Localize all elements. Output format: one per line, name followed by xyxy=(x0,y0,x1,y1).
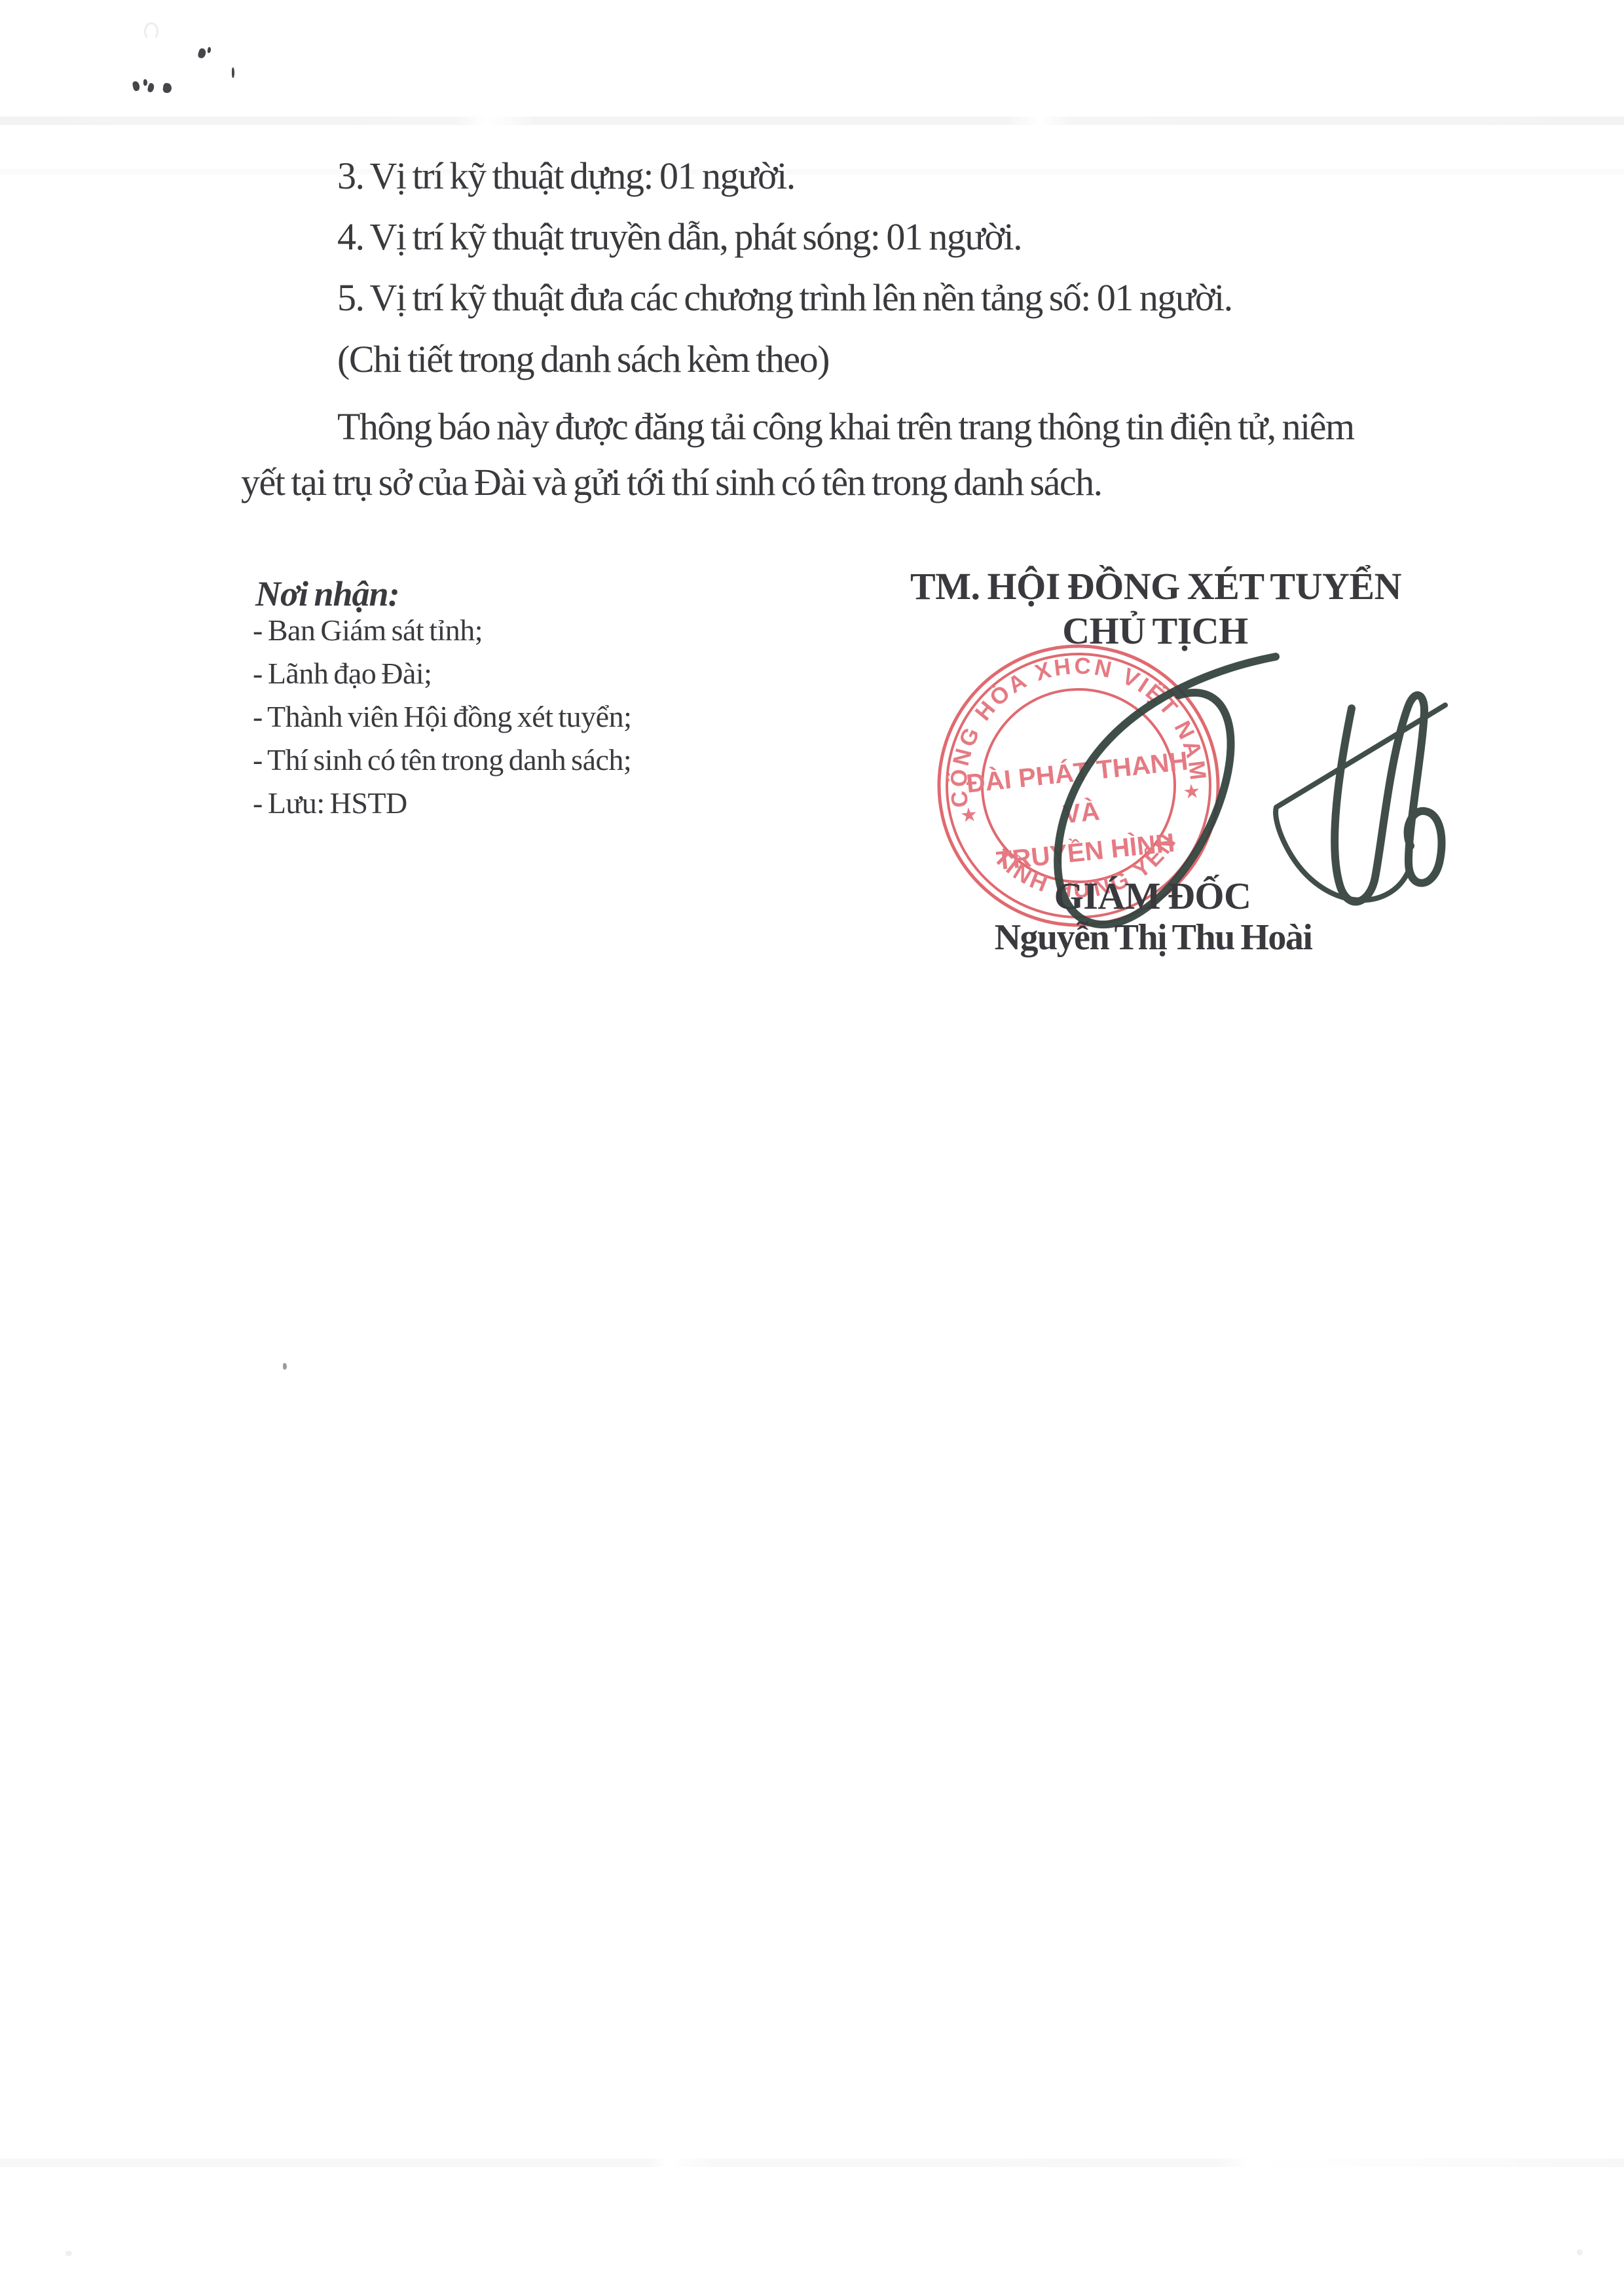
announcement-paragraph-line2: yết tại trụ sở của Đài và gửi tới thí si… xyxy=(241,462,1102,503)
recipients-label: Nơi nhận: xyxy=(255,575,399,613)
scan-speck xyxy=(143,79,147,86)
recipient-item: - Thí sinh có tên trong danh sách; xyxy=(253,744,631,777)
recipient-item: - Lưu: HSTD xyxy=(253,787,407,820)
recipient-item: - Lãnh đạo Đài; xyxy=(253,657,432,691)
list-item-3: 3. Vị trí kỹ thuật dựng: 01 người. xyxy=(337,155,795,197)
scan-smudge-artifact xyxy=(144,22,158,41)
detail-note: (Chi tiết trong danh sách kèm theo) xyxy=(337,338,829,380)
scan-speck xyxy=(162,82,172,94)
recipient-item: - Thành viên Hội đồng xét tuyển; xyxy=(253,701,631,734)
scan-speck xyxy=(1577,2250,1583,2255)
scan-speck xyxy=(147,82,155,93)
signer-title: GIÁM ĐỐC xyxy=(1054,875,1251,917)
scan-speck xyxy=(283,1363,287,1370)
scan-speck xyxy=(207,47,211,54)
announcement-paragraph-line1: Thông báo này được đăng tải công khai tr… xyxy=(337,406,1354,448)
star-icon: ★ xyxy=(959,803,979,827)
signer-name: Nguyễn Thị Thu Hoài xyxy=(995,918,1312,958)
scan-speck xyxy=(132,81,141,92)
scan-band-artifact xyxy=(0,2159,1624,2167)
scan-band-artifact xyxy=(0,169,1624,174)
list-item-4: 4. Vị trí kỹ thuật truyền dẫn, phát sóng… xyxy=(337,216,1022,258)
scan-speck xyxy=(197,48,207,60)
scan-speck xyxy=(232,67,234,78)
scan-speck xyxy=(65,2251,72,2256)
recipient-item: - Ban Giám sát tỉnh; xyxy=(253,614,483,647)
signing-authority-line: TM. HỘI ĐỒNG XÉT TUYỂN xyxy=(910,566,1401,608)
scan-band-artifact xyxy=(0,117,1624,125)
scanned-document-page: 3. Vị trí kỹ thuật dựng: 01 người. 4. Vị… xyxy=(0,0,1624,2296)
list-item-5: 5. Vị trí kỹ thuật đưa các chương trình … xyxy=(337,277,1232,319)
